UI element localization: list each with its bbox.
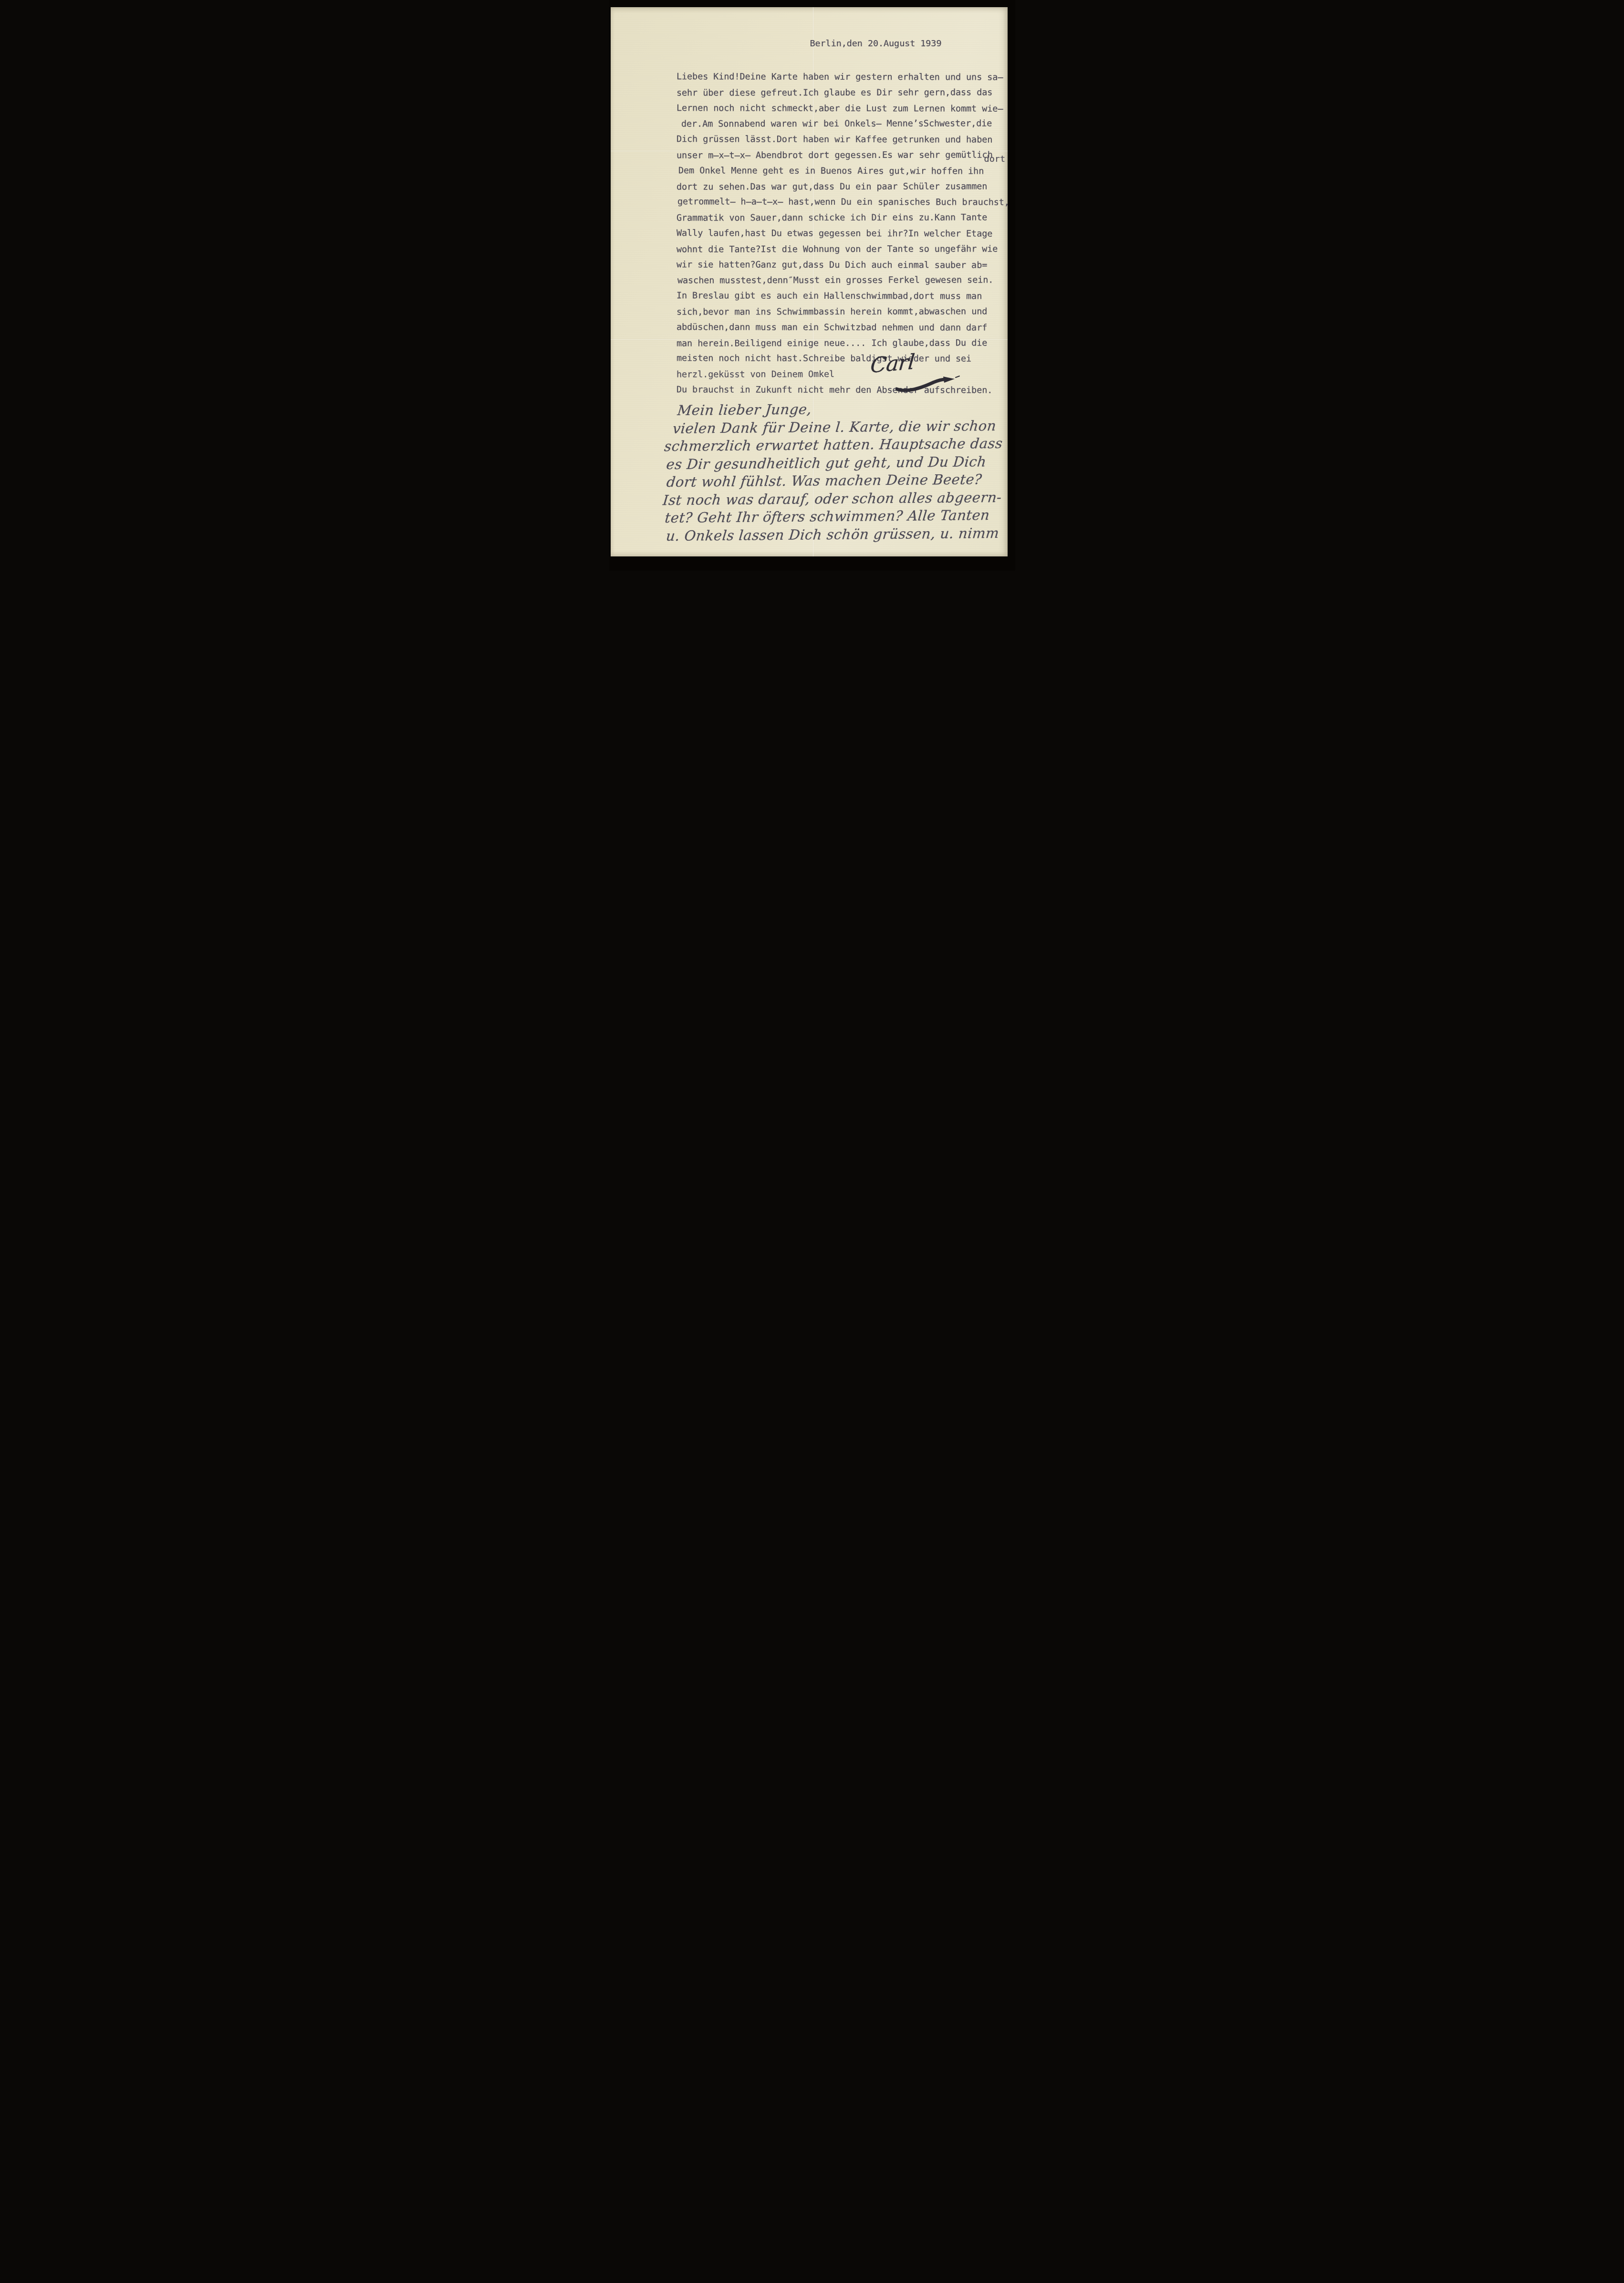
signature-block: Carl [871,352,961,399]
handwritten-line: es Dir gesundheitlich gut geht, und Du D… [666,452,1010,473]
typed-line: man herein.Beiligend einige neue.... Ich… [676,335,1010,351]
typed-line: unser m̶x̶t̶x̶ Abendbrot dort gegessen.E… [676,147,1010,163]
letter-dateline: Berlin,den 20.August 1939 [810,39,942,49]
typed-line: Wally laufen,hast Du etwas gegessen bei … [676,225,1010,241]
typed-line: Dich grüssen lässt.Dort haben wir Kaffee… [676,131,1010,147]
typed-line: sehr über diese gefreut.Ich glaube es Di… [676,84,1010,101]
typed-line: wir sie hatten?Ganz gut,dass Du Dich auc… [676,257,1010,273]
handwritten-line: vielen Dank für Deine l. Karte, die wir … [672,416,1010,437]
handwritten-line: Ist noch was darauf, oder schon alles ab… [662,488,1010,509]
typed-letter-body: Liebes Kind!Deine Karte haben wir gester… [677,69,1010,398]
signature-flourish-icon [895,374,962,395]
typed-line: Dem Onkel Menne geht es in Buenos Aires … [678,163,1010,179]
handwritten-line: tet? Geht Ihr öfters schwimmen? Alle Tan… [664,506,1010,527]
letter-paper: Berlin,den 20.August 1939 Liebes Kind!De… [611,7,1008,556]
typed-line: der.Am Sonnabend waren wir bei Onkels̶ M… [681,116,1010,132]
typed-line: wohnt die Tante?Ist die Wohnung von der … [676,241,1010,257]
handwritten-line: schmerzlich erwartet hatten. Hauptsache … [663,434,1010,455]
typed-line: waschen musstest,denn″Musst ein grosses … [677,272,1010,289]
scanned-letter-page: Berlin,den 20.August 1939 Liebes Kind!De… [609,0,1015,571]
typed-line: abdüschen,dann muss man ein Schwitzbad n… [676,319,1010,335]
typed-line: dort zu sehen.Das war gut,dass Du ein pa… [676,178,1010,195]
typed-line: Liebes Kind!Deine Karte haben wir gester… [676,69,1010,85]
typed-line: Grammatik von Sauer,dann schicke ich Dir… [676,210,1010,226]
handwritten-line: dort wohl fühlst. Was machen Deine Beete… [666,470,1010,491]
typed-line: sich,bevor man ins Schwimmbassin herein … [676,304,1010,320]
typed-margin-note: dort [984,154,1006,164]
handwritten-postscript: Mein lieber Junge, vielen Dank für Deine… [660,398,1010,545]
handwritten-line: u. Onkels lassen Dich schön grüssen, u. … [665,524,1010,545]
typed-line: Lernen noch nicht schmeckt,aber die Lust… [676,100,1010,116]
typed-line: In Breslau gibt es auch ein Hallenschwim… [676,288,1010,304]
handwritten-line: Mein lieber Junge, [677,398,1010,419]
typed-line: getrommelt̶ h̶a̶t̶x̶ hast,wenn Du ein sp… [677,194,1010,210]
